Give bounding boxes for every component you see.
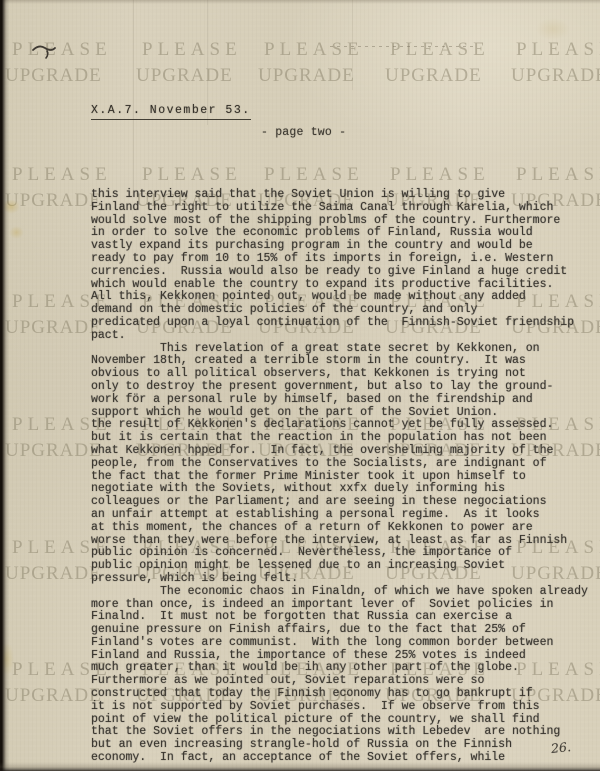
page-label: - page two - bbox=[261, 126, 346, 139]
watermark-text: PLEASE bbox=[142, 165, 242, 184]
watermark-text: UPGRADE bbox=[5, 564, 102, 583]
watermark-text: UPGRADE bbox=[136, 66, 233, 85]
watermark-text: UPGRADE bbox=[5, 318, 102, 337]
document-body: this interview said that the Soviet Unio… bbox=[91, 189, 588, 765]
watermark-text: UPGRADE bbox=[5, 686, 102, 705]
page-number: 26. bbox=[550, 739, 571, 756]
watermark-text: PLEASE bbox=[516, 165, 600, 184]
watermark-text: UPGRADE bbox=[258, 66, 355, 85]
watermark-text: PLEASE bbox=[142, 40, 242, 59]
watermark-text: PLEASE bbox=[264, 165, 364, 184]
watermark-text: PLEASE bbox=[390, 40, 490, 59]
watermark-text: UPGRADE bbox=[5, 441, 102, 460]
document-reference: X.A.7. November 53. bbox=[91, 104, 251, 120]
watermark-text: UPGRADE bbox=[5, 191, 102, 210]
watermark-text: PLEASE bbox=[390, 165, 490, 184]
watermark-text: PLEASE bbox=[12, 165, 112, 184]
watermark-text: PLEASE bbox=[516, 40, 600, 59]
ink-mark bbox=[30, 41, 60, 61]
watermark-text: PLEASE bbox=[12, 40, 112, 59]
watermark-text: UPGRADE bbox=[5, 66, 102, 85]
watermark-text: UPGRADE bbox=[511, 66, 600, 85]
document-page: PLEASEPLEASEPLEASEPLEASEPLEASEUPGRADEUPG… bbox=[0, 0, 600, 771]
watermark-text: PLEASE bbox=[264, 40, 364, 59]
watermark-text: UPGRADE bbox=[385, 66, 482, 85]
